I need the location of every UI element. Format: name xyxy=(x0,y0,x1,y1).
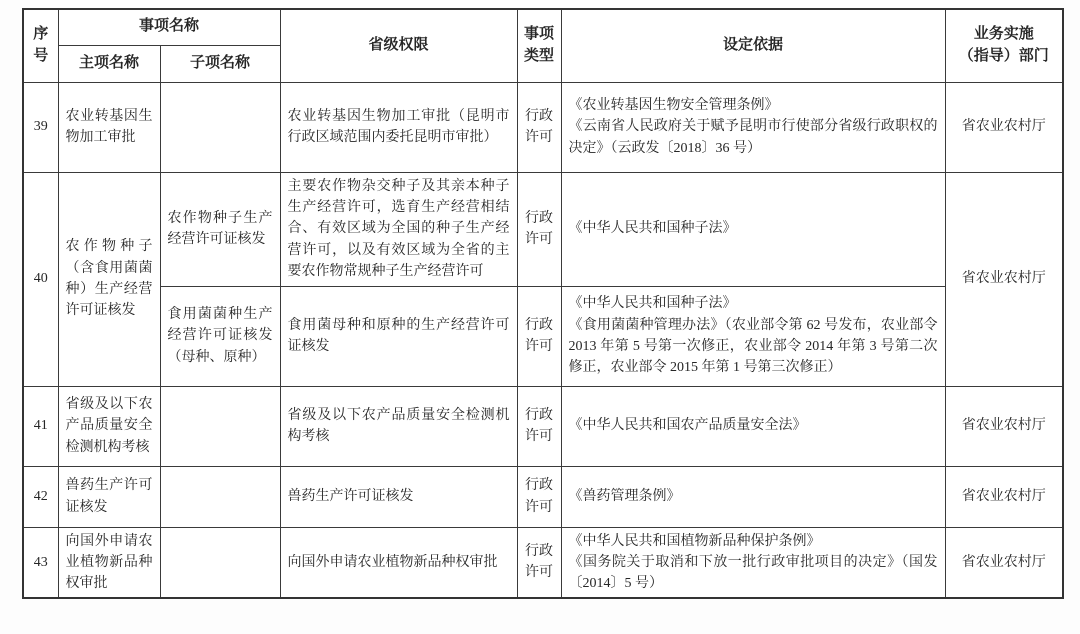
cell-authority: 食用菌母种和原种的生产经营许可证核发 xyxy=(280,286,517,386)
cell-department: 省农业农村厅 xyxy=(945,386,1063,466)
cell-authority: 主要农作物杂交种子及其亲本种子生产经营许可，选育生产经营相结合、有效区域为全国的… xyxy=(280,172,517,286)
cell-item-type: 行政许可 xyxy=(517,466,561,527)
table-row: 食用菌菌种生产经营许可证核发（母种、原种） 食用菌母种和原种的生产经营许可证核发… xyxy=(23,286,1063,386)
cell-sub-item xyxy=(160,82,280,172)
cell-item-type: 行政许可 xyxy=(517,172,561,286)
cell-main-item: 向国外申请农业植物新品种权审批 xyxy=(58,527,160,598)
cell-item-type: 行政许可 xyxy=(517,527,561,598)
cell-main-item: 兽药生产许可证核发 xyxy=(58,466,160,527)
cell-seq: 40 xyxy=(23,172,58,386)
header-row-1: 序号 事项名称 省级权限 事项类型 设定依据 业务实施 （指导）部门 xyxy=(23,9,1063,45)
table-row: 39 农业转基因生物加工审批 农业转基因生物加工审批（昆明市行政区域范围内委托昆… xyxy=(23,82,1063,172)
cell-sub-item xyxy=(160,386,280,466)
cell-sub-item: 食用菌菌种生产经营许可证核发（母种、原种） xyxy=(160,286,280,386)
cell-item-type: 行政许可 xyxy=(517,82,561,172)
cell-basis: 《中华人民共和国植物新品种保护条例》 《国务院关于取消和下放一批行政审批项目的决… xyxy=(561,527,945,598)
cell-sub-item: 农作物种子生产经营许可证核发 xyxy=(160,172,280,286)
header-seq: 序号 xyxy=(23,9,58,82)
table-row: 42 兽药生产许可证核发 兽药生产许可证核发 行政许可 《兽药管理条例》 省农业… xyxy=(23,466,1063,527)
header-sub-item: 子项名称 xyxy=(160,45,280,82)
cell-authority: 向国外申请农业植物新品种权审批 xyxy=(280,527,517,598)
header-provincial-authority: 省级权限 xyxy=(280,9,517,82)
cell-authority: 兽药生产许可证核发 xyxy=(280,466,517,527)
cell-seq: 39 xyxy=(23,82,58,172)
document-page: 序号 事项名称 省级权限 事项类型 设定依据 业务实施 （指导）部门 主项名称 … xyxy=(0,0,1080,634)
header-item-type: 事项类型 xyxy=(517,9,561,82)
cell-department: 省农业农村厅 xyxy=(945,466,1063,527)
header-department: 业务实施 （指导）部门 xyxy=(945,9,1063,82)
cell-department: 省农业农村厅 xyxy=(945,172,1063,386)
cell-authority: 省级及以下农产品质量安全检测机构考核 xyxy=(280,386,517,466)
header-basis: 设定依据 xyxy=(561,9,945,82)
cell-basis: 《兽药管理条例》 xyxy=(561,466,945,527)
cell-authority: 农业转基因生物加工审批（昆明市行政区域范围内委托昆明市审批） xyxy=(280,82,517,172)
cell-main-item: 农业转基因生物加工审批 xyxy=(58,82,160,172)
cell-department: 省农业农村厅 xyxy=(945,82,1063,172)
cell-item-type: 行政许可 xyxy=(517,286,561,386)
cell-basis: 《中华人民共和国种子法》 xyxy=(561,172,945,286)
cell-main-item: 省级及以下农产品质量安全检测机构考核 xyxy=(58,386,160,466)
cell-basis: 《中华人民共和国农产品质量安全法》 xyxy=(561,386,945,466)
cell-basis: 《农业转基因生物安全管理条例》 《云南省人民政府关于赋予昆明市行使部分省级行政职… xyxy=(561,82,945,172)
cell-seq: 42 xyxy=(23,466,58,527)
cell-item-type: 行政许可 xyxy=(517,386,561,466)
cell-department: 省农业农村厅 xyxy=(945,527,1063,598)
table-row: 41 省级及以下农产品质量安全检测机构考核 省级及以下农产品质量安全检测机构考核… xyxy=(23,386,1063,466)
header-main-item: 主项名称 xyxy=(58,45,160,82)
header-item-name: 事项名称 xyxy=(58,9,280,45)
cell-sub-item xyxy=(160,466,280,527)
cell-seq: 41 xyxy=(23,386,58,466)
table-row: 43 向国外申请农业植物新品种权审批 向国外申请农业植物新品种权审批 行政许可 … xyxy=(23,527,1063,598)
permissions-table: 序号 事项名称 省级权限 事项类型 设定依据 业务实施 （指导）部门 主项名称 … xyxy=(22,8,1064,599)
cell-basis: 《中华人民共和国种子法》 《食用菌菌种管理办法》（农业部令第 62 号发布，农业… xyxy=(561,286,945,386)
cell-sub-item xyxy=(160,527,280,598)
cell-seq: 43 xyxy=(23,527,58,598)
table-row: 40 农作物种子（含食用菌菌种）生产经营许可证核发 农作物种子生产经营许可证核发… xyxy=(23,172,1063,286)
cell-main-item: 农作物种子（含食用菌菌种）生产经营许可证核发 xyxy=(58,172,160,386)
